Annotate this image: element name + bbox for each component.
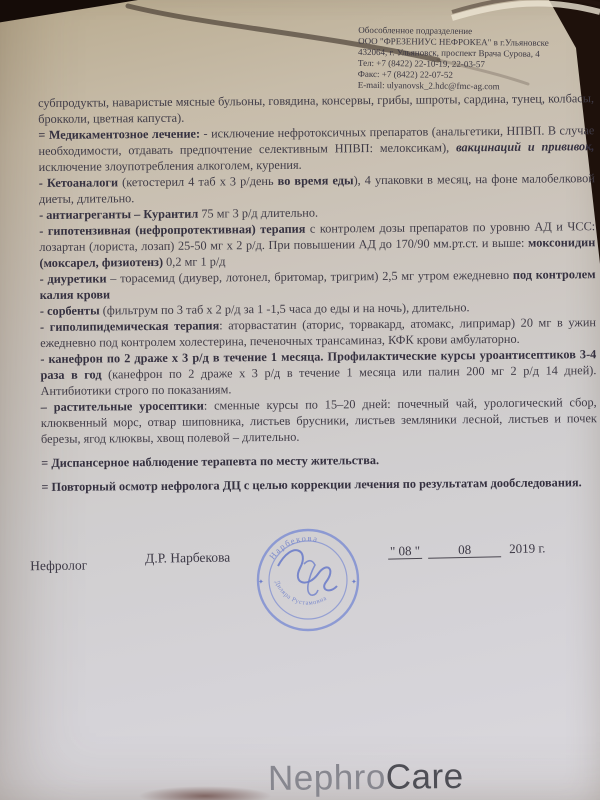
date-month: 08 bbox=[428, 541, 501, 559]
paragraph-canephron: - канефрон по 2 драже х 3 р/д в течение … bbox=[40, 346, 596, 399]
recommendations-text: субпродукты, наваристые мясные бульоны, … bbox=[38, 90, 597, 495]
paragraph-diuretics: - диуретики – торасемид (диувер, лотонел… bbox=[40, 266, 596, 303]
text-segment: - Кетоаналоги bbox=[39, 175, 118, 190]
text-segment: вакцинаций и прививок, bbox=[456, 139, 595, 154]
paragraph-lipid-lowering: - гиполипидемическая терапия: аторвастат… bbox=[40, 314, 596, 351]
logo-care-text: Care bbox=[386, 757, 464, 797]
text-segment: – растительные уросептики bbox=[41, 399, 204, 414]
text-segment: субпродукты, наваристые мясные бульоны, … bbox=[38, 91, 594, 126]
text-segment: (канефрон по 2 драже х 3 р/д в течение 1… bbox=[41, 363, 597, 398]
text-segment: - антиагреганты – Курантил bbox=[39, 207, 198, 222]
background-bottom-smudge bbox=[138, 786, 272, 800]
paragraph-herbal-uroseptics: – растительные уросептики: сменные курсы… bbox=[41, 394, 597, 447]
paragraph-medication-treatment: = Медикаментозное лечение: - исключение … bbox=[38, 122, 594, 175]
clinic-letterhead: Обособленное подразделение ООО "ФРЕЗЕНИУ… bbox=[358, 25, 579, 93]
paragraph-dispensary-observation: = Диспансерное наблюдение терапевта по м… bbox=[41, 450, 597, 471]
photo-of-medical-document: Обособленное подразделение ООО "ФРЕЗЕНИУ… bbox=[0, 0, 600, 800]
text-segment: 75 мг 3 р/д длительно. bbox=[198, 206, 318, 221]
stamp-arc-bottom-text: Диляра Рустамовна bbox=[273, 579, 328, 606]
text-segment: = Медикаментозное лечение: bbox=[38, 127, 200, 142]
text-segment: - диуретики bbox=[40, 271, 107, 286]
text-segment: - гиполипидемическая терапия bbox=[40, 318, 219, 334]
text-segment: – торасемид (диувер, лотонел, бритомар, … bbox=[106, 268, 512, 286]
logo-nephro-text: Nephro bbox=[268, 758, 386, 798]
stamp-arc-bottom-textpath: Диляра Рустамовна bbox=[273, 579, 328, 606]
text-segment: = Диспансерное наблюдение терапевта по м… bbox=[41, 453, 379, 470]
doctor-round-stamp: Нарбекова Диляра Рустамовна ✦ ✦ bbox=[252, 524, 364, 636]
date-day: " 08 " bbox=[388, 543, 422, 560]
date-row: " 08 "082019 г. bbox=[388, 540, 546, 559]
date-year: 2019 г. bbox=[509, 540, 546, 556]
nephrocare-logo: NephroCare bbox=[268, 757, 464, 799]
paragraph-ketoanalogues: - Кетоаналоги (кетостерил 4 таб х 3 р/де… bbox=[39, 170, 595, 207]
paragraph-diet-continued: субпродукты, наваристые мясные бульоны, … bbox=[38, 90, 594, 127]
text-segment: 0,2 мг 1 р/д bbox=[163, 254, 226, 269]
stamp-outer-ring bbox=[258, 530, 358, 630]
text-segment: - сорбенты bbox=[40, 303, 100, 318]
text-segment: во время еды bbox=[278, 173, 354, 188]
paragraph-antihypertensive: - гипотензивная (нефропротективная) тера… bbox=[39, 218, 595, 271]
stamp-star-left-icon: ✦ bbox=[258, 578, 264, 586]
signature-role: Нефролог bbox=[30, 558, 87, 575]
text-segment: (кетостерил 4 таб х 3 р/день bbox=[118, 174, 278, 189]
stamp-arc-top-text: Нарбекова bbox=[267, 533, 320, 561]
signature-name: Д.Р. Нарбекова bbox=[145, 550, 230, 567]
text-segment: исключение злоупотребления алкоголем, ку… bbox=[39, 158, 302, 174]
text-segment: - гипотензивная (нефропротективная) тера… bbox=[39, 222, 305, 238]
stamp-star-right-icon: ✦ bbox=[351, 578, 357, 586]
stamp-arc-top-textpath: Нарбекова bbox=[267, 533, 320, 561]
